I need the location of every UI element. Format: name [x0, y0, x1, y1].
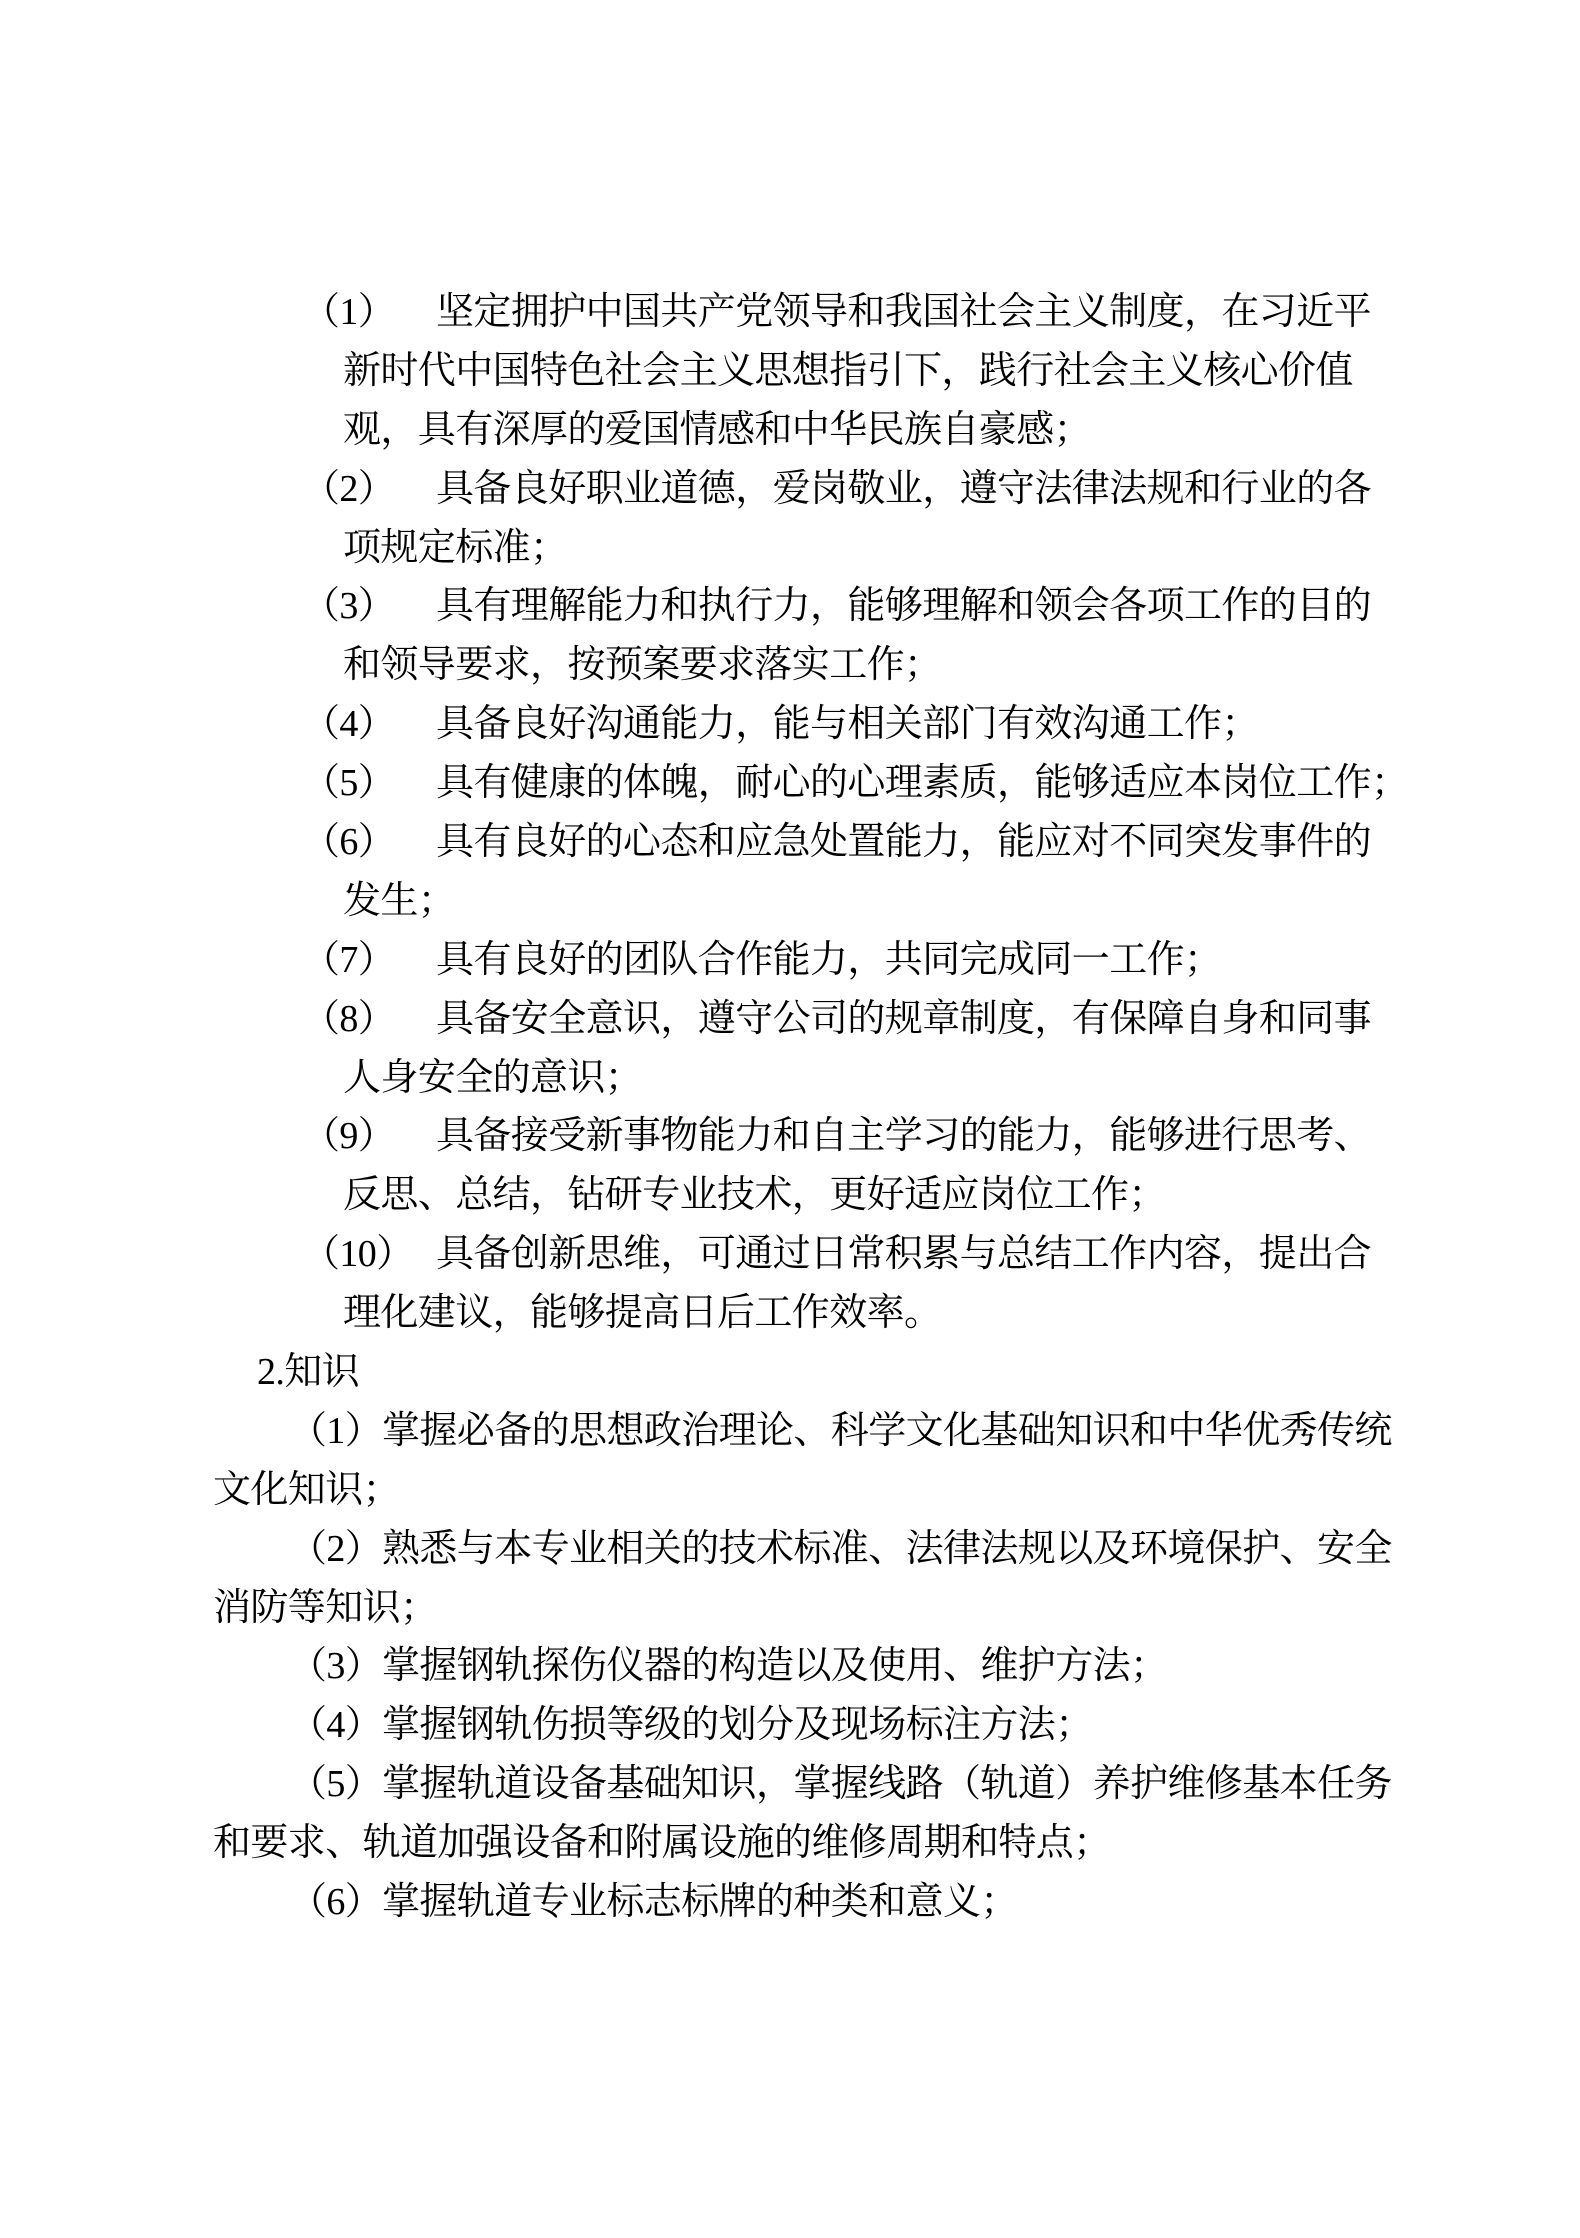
list-item-line: （3）掌握钢轨探伤仪器的构造以及使用、维护方法；: [0, 1637, 1580, 1696]
list-item-line: （1）掌握必备的思想政治理论、科学文化基础知识和中华优秀传统: [0, 1402, 1580, 1461]
section2-heading: 2.知识: [0, 1343, 1580, 1402]
item-text: 熟悉与本专业相关的技术标准、法律法规以及环境保护、安全: [382, 1528, 1392, 1570]
item-number: （9）: [302, 1107, 436, 1166]
list-item-continuation-line: 消防等知识；: [0, 1579, 1580, 1638]
list-item-continuation-line: 和要求、轨道加强设备和附属设施的维修周期和特点；: [0, 1814, 1580, 1873]
item-number: （3）: [302, 577, 436, 636]
item-number: （1）: [289, 1402, 382, 1461]
item-number: （4）: [289, 1696, 382, 1755]
item-number: （7）: [302, 931, 436, 990]
item-text: 具有良好的心态和应急处置能力，能应对不同突发事件的: [436, 821, 1371, 863]
list-item-line: （10）具备创新思维，可通过日常积累与总结工作内容，提出合: [0, 1225, 1580, 1284]
item-number: （6）: [289, 1873, 382, 1932]
item-text: 具备良好沟通能力，能与相关部门有效沟通工作；: [436, 703, 1259, 745]
item-text: 掌握轨道专业标志标牌的种类和意义；: [382, 1881, 1018, 1923]
item-text: 具有健康的体魄，耐心的心理素质，能够适应本岗位工作；: [436, 762, 1408, 804]
list-item-line: （4）掌握钢轨伤损等级的划分及现场标注方法；: [0, 1696, 1580, 1755]
item-number: （8）: [302, 990, 436, 1049]
item-text: 具备接受新事物能力和自主学习的能力，能够进行思考、: [436, 1115, 1371, 1157]
item-number: （6）: [302, 813, 436, 872]
list-item-line: （4）具备良好沟通能力，能与相关部门有效沟通工作；: [0, 695, 1580, 754]
document-page: （1）坚定拥护中国共产党领导和我国社会主义制度，在习近平新时代中国特色社会主义思…: [0, 0, 1580, 2238]
item-number: （5）: [302, 754, 436, 813]
item-number: （2）: [302, 460, 436, 519]
list-item-line: （2）熟悉与本专业相关的技术标准、法律法规以及环境保护、安全: [0, 1520, 1580, 1579]
item-number: （5）: [289, 1755, 382, 1814]
item-number: （10）: [302, 1225, 436, 1284]
list-item-line: （8）具备安全意识，遵守公司的规章制度，有保障自身和同事: [0, 990, 1580, 1049]
item-number: （3）: [289, 1637, 382, 1696]
list-item-continuation-line: 观，具有深厚的爱国情感和中华民族自豪感；: [0, 401, 1580, 460]
item-text: 掌握必备的思想政治理论、科学文化基础知识和中华优秀传统: [382, 1410, 1392, 1452]
item-number: （2）: [289, 1520, 382, 1579]
item-text: 具有理解能力和执行力，能够理解和领会各项工作的目的: [436, 585, 1371, 627]
list-item-line: （5）具有健康的体魄，耐心的心理素质，能够适应本岗位工作；: [0, 754, 1580, 813]
list-item-line: （6）掌握轨道专业标志标牌的种类和意义；: [0, 1873, 1580, 1932]
item-text: 掌握轨道设备基础知识，掌握线路（轨道）养护维修基本任务: [382, 1763, 1392, 1805]
item-text: 掌握钢轨探伤仪器的构造以及使用、维护方法；: [382, 1645, 1167, 1687]
list-item-continuation-line: 理化建议，能够提高日后工作效率。: [0, 1284, 1580, 1343]
item-text: 具有良好的团队合作能力，共同完成同一工作；: [436, 939, 1221, 981]
item-text: 掌握钢轨伤损等级的划分及现场标注方法；: [382, 1704, 1093, 1746]
list-item-continuation-line: 文化知识；: [0, 1461, 1580, 1520]
list-item-continuation-line: 发生；: [0, 872, 1580, 931]
list-item-line: （3）具有理解能力和执行力，能够理解和领会各项工作的目的: [0, 577, 1580, 636]
list-item-continuation-line: 反思、总结，钻研专业技术，更好适应岗位工作；: [0, 1166, 1580, 1225]
list-item-line: （5）掌握轨道设备基础知识，掌握线路（轨道）养护维修基本任务: [0, 1755, 1580, 1814]
document-content: （1）坚定拥护中国共产党领导和我国社会主义制度，在习近平新时代中国特色社会主义思…: [0, 283, 1580, 1932]
list-item-line: （7）具有良好的团队合作能力，共同完成同一工作；: [0, 931, 1580, 990]
list-item-line: （9）具备接受新事物能力和自主学习的能力，能够进行思考、: [0, 1107, 1580, 1166]
list-item-continuation-line: 新时代中国特色社会主义思想指引下，践行社会主义核心价值: [0, 342, 1580, 401]
list-item-continuation-line: 人身安全的意识；: [0, 1049, 1580, 1108]
item-number: （4）: [302, 695, 436, 754]
list-item-line: （2）具备良好职业道德，爱岗敬业，遵守法律法规和行业的各: [0, 460, 1580, 519]
item-text: 具备安全意识，遵守公司的规章制度，有保障自身和同事: [436, 998, 1371, 1040]
list-item-continuation-line: 和领导要求，按预案要求落实工作；: [0, 636, 1580, 695]
list-item-continuation-line: 项规定标准；: [0, 519, 1580, 578]
item-text: 具备良好职业道德，爱岗敬业，遵守法律法规和行业的各: [436, 468, 1371, 510]
list-item-line: （6）具有良好的心态和应急处置能力，能应对不同突发事件的: [0, 813, 1580, 872]
list-item-line: （1）坚定拥护中国共产党领导和我国社会主义制度，在习近平: [0, 283, 1580, 342]
item-text: 坚定拥护中国共产党领导和我国社会主义制度，在习近平: [436, 291, 1371, 333]
item-number: （1）: [302, 283, 436, 342]
item-text: 具备创新思维，可通过日常积累与总结工作内容，提出合: [436, 1233, 1371, 1275]
